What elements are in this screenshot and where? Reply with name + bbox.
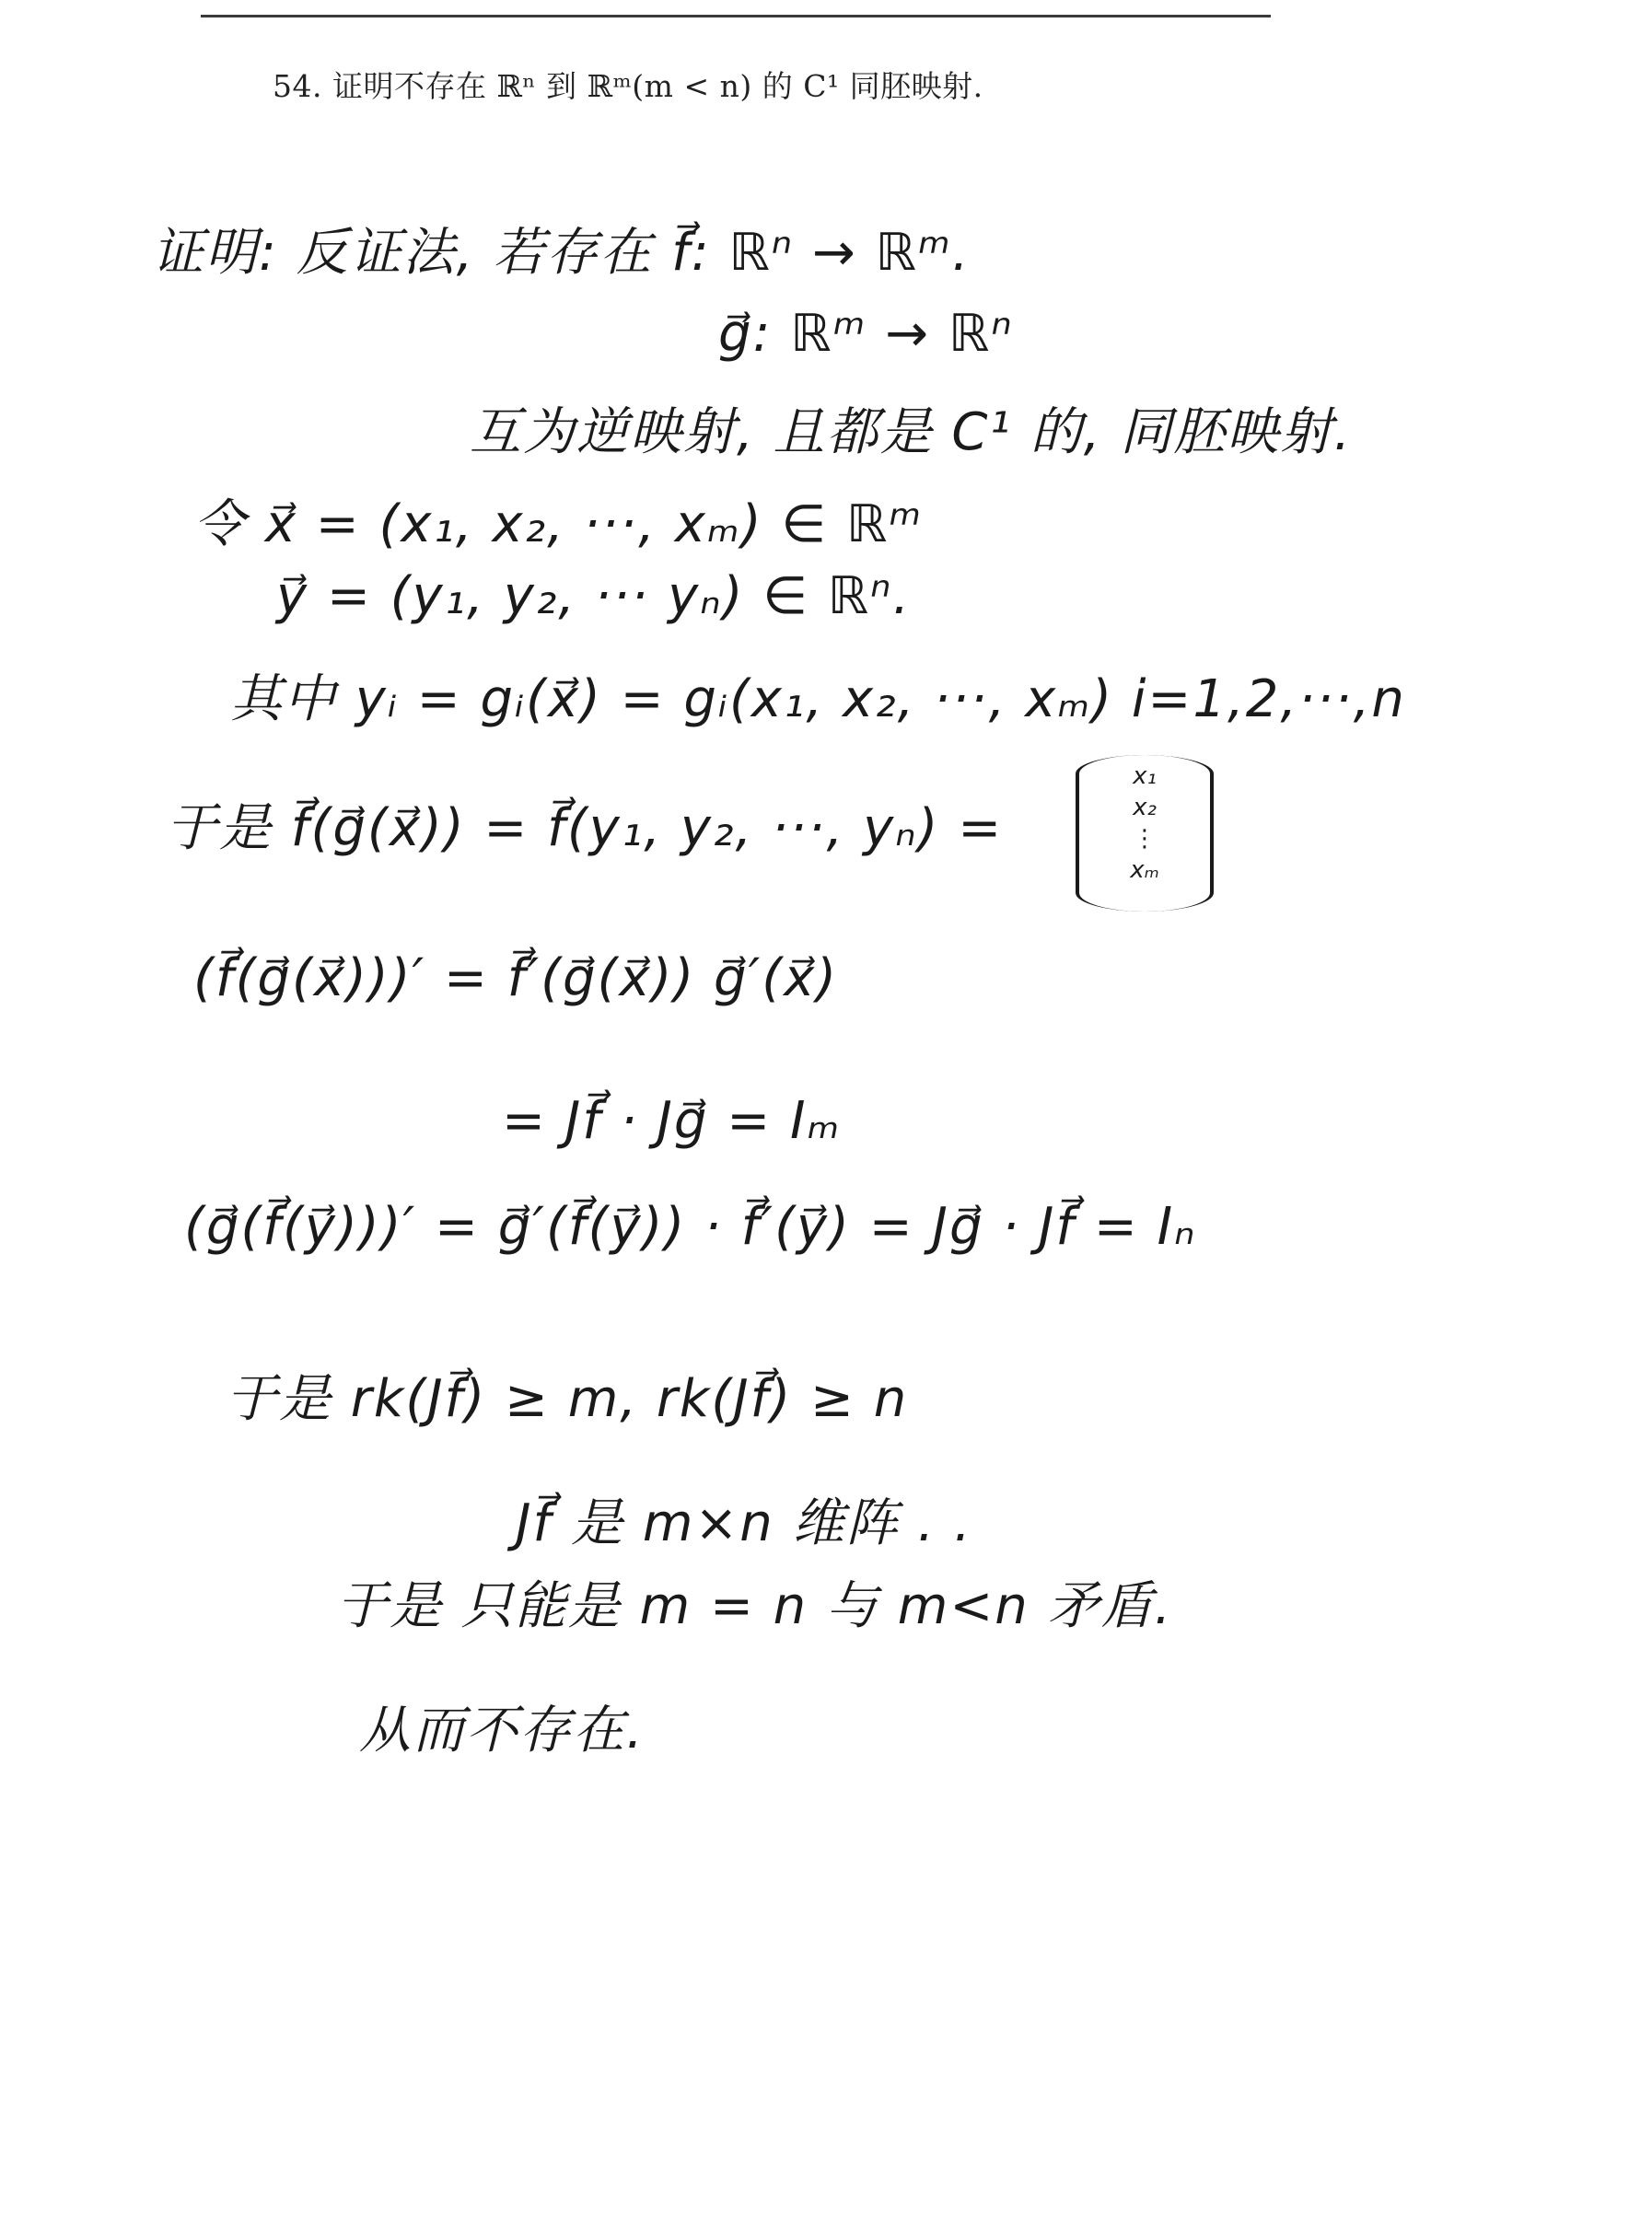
proof-line-3: 互为逆映射, 且都是 C¹ 的, 同胚映射.: [470, 391, 1352, 465]
proof-line-4: 令 x⃗ = (x₁, x₂, ···, xₘ) ∈ ℝᵐ: [193, 483, 923, 557]
proof-line-11: 于是 rk(Jf⃗) ≥ m, rk(Jf⃗) ≥ n: [226, 1358, 908, 1432]
proof-line-12: Jf⃗ 是 m×n 维阵 . .: [516, 1482, 972, 1556]
proof-line-6: 其中 yᵢ = gᵢ(x⃗) = gᵢ(x₁, x₂, ···, xₘ) i=1…: [230, 658, 1406, 732]
column-vector: x₁ x₂ ⋮ xₘ: [1076, 755, 1214, 912]
proof-line-9: = Jf⃗ · Jg⃗ = Iₘ: [502, 1091, 841, 1151]
proof-line-2: g⃗: ℝᵐ → ℝⁿ: [718, 304, 1014, 364]
proof-line-13: 于是 只能是 m = n 与 m<n 矛盾.: [336, 1565, 1172, 1639]
proof-line-7: 于是 f⃗(g⃗(x⃗)) = f⃗(y₁, y₂, ···, yₙ) =: [166, 787, 1003, 861]
proof-line-14: 从而不存在.: [359, 1690, 645, 1763]
problem-statement: 54. 证明不存在 ℝⁿ 到 ℝᵐ(m < n) 的 C¹ 同胚映射.: [273, 63, 983, 106]
proof-line-10: (g⃗(f⃗(y⃗)))′ = g⃗′(f⃗(y⃗)) · f⃗′(y⃗) = …: [184, 1197, 1197, 1257]
vector-entry: x₂: [1079, 792, 1210, 823]
vector-entry: ⋮: [1079, 823, 1210, 854]
vector-entry: xₘ: [1079, 854, 1210, 886]
proof-line-8: (f⃗(g⃗(x⃗)))′ = f⃗′(g⃗(x⃗)) g⃗′(x⃗): [193, 948, 838, 1008]
vector-entry: x₁: [1079, 761, 1210, 792]
proof-line-1: 证明: 反证法, 若存在 f⃗: ℝⁿ → ℝᵐ.: [152, 212, 971, 285]
proof-line-5: y⃗ = (y₁, y₂, ··· yₙ) ∈ ℝⁿ.: [276, 566, 911, 626]
top-rule: [201, 15, 1271, 17]
